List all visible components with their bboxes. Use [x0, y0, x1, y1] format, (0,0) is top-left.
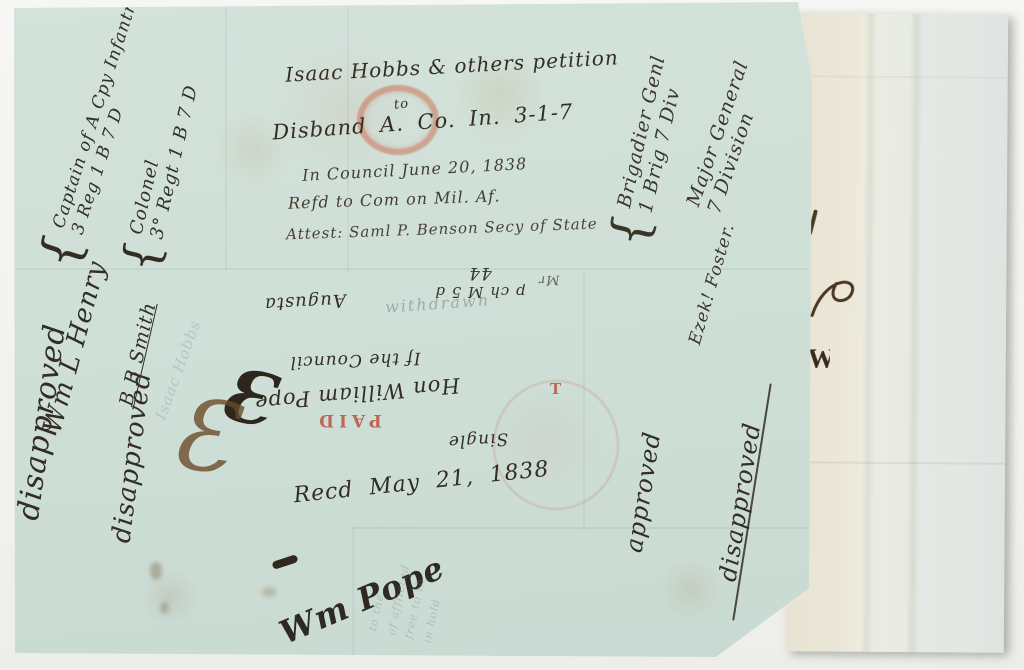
office-brigadier-block: { Brigadier Genl 1 Brig 7 Div: [598, 52, 698, 253]
council-line2: Refd to Com on Mil. Af.: [288, 186, 501, 212]
postmark-letter: T: [550, 380, 561, 398]
pencil-withdrawn-note: withdrawn: [384, 290, 490, 316]
folded-backing-sheet: W: [786, 13, 1008, 653]
ink-bleed-flourish: [810, 271, 868, 321]
address-name: Hon William Pope: [253, 373, 460, 415]
docket-title-line1: Isaac Hobbs & others petition: [285, 45, 620, 86]
document-scan: W Isaac Hobbs & others petition to Disba…: [0, 0, 1024, 670]
council-line3: Attest: Saml P. Benson Secy of State: [286, 215, 598, 244]
paid-stamp: PAID: [314, 410, 381, 430]
office-major-general-block: Major General 7 Division: [682, 58, 773, 217]
circular-postmark: [493, 380, 619, 510]
endorsement-approved: approved: [620, 430, 667, 555]
backing-fold-crease: [787, 461, 1005, 465]
council-line1: In Council June 20, 1838: [302, 154, 528, 185]
council-care-note: If the Council: [289, 348, 421, 373]
single-rate-note: Single: [447, 428, 508, 451]
pencil-notes-block: to the of afflicted free to th in hold: [364, 559, 452, 645]
address-augusta: Augusta: [264, 289, 347, 314]
letter-page: Isaac Hobbs & others petition to Disband…: [10, 2, 814, 660]
backing-fold-crease: [790, 75, 1008, 79]
endorsement-disapproved-2: disapproved: [107, 369, 158, 544]
stain-smudge: [150, 562, 162, 580]
endorsement-disapproved-3: disapproved: [714, 421, 767, 584]
ink-blot: [271, 554, 298, 570]
rate-amount: 44: [434, 263, 525, 283]
stain-smudge: [160, 602, 169, 614]
signature-foster: Ezek! Foster.: [685, 221, 739, 347]
fold-crease: [225, 8, 227, 270]
office-lines: Brigadier Genl 1 Brig 7 Div: [613, 53, 691, 215]
ink-bleed-letter: W: [808, 343, 830, 377]
address-mr: Mr: [538, 272, 560, 288]
stain-smudge: [262, 587, 276, 597]
received-date: Recd May 21, 1838: [292, 457, 550, 509]
